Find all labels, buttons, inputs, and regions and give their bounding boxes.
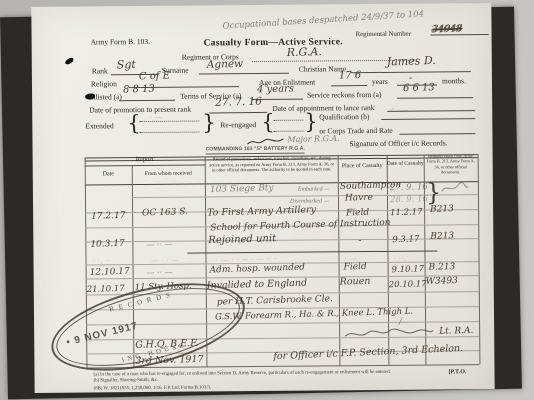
reengaged-label: Re-engaged	[220, 120, 256, 129]
terms-value: 4 years	[257, 83, 294, 95]
row2-remarks: B213	[430, 204, 454, 215]
row5-remarks: B.213	[428, 262, 455, 273]
col-header-from: From whom received	[132, 170, 205, 177]
extended-label: Extended	[85, 121, 113, 130]
row7-tick: /	[399, 317, 402, 327]
age-value: 17 6	[339, 70, 362, 82]
row2-place: Field	[346, 208, 369, 219]
row3-casualty-date: 9.3.17	[392, 234, 419, 245]
row5-casualty-date: 9.10.17	[391, 264, 424, 275]
row5-date: 12.10.17	[89, 267, 129, 278]
report-header: Report	[85, 155, 205, 163]
col-header-casualty-date: Date of Casualty	[387, 161, 424, 167]
row2-casualty-date: 11.2.17	[390, 207, 423, 218]
reengaged-close-brace: }	[304, 109, 318, 133]
row4-from: — · · —	[150, 255, 179, 265]
rank-label: Rank	[92, 66, 108, 75]
row1-remarks-scribble	[440, 181, 470, 197]
row6-date: 21.10.17	[87, 284, 125, 295]
religion-value: C of E	[139, 70, 170, 82]
christian-name-value: James D.	[387, 54, 436, 68]
pto-label: [P.T.O.	[448, 369, 466, 375]
surname-value: Agnew	[207, 58, 244, 71]
reckons-value: 6 6 13	[403, 82, 435, 94]
row4-casualty-date: · ··,	[393, 254, 406, 263]
row1-unit: 103 Siege Bty	[210, 183, 274, 195]
col-header-date: Date	[85, 171, 132, 177]
enlisted-value: 8 8 13	[123, 84, 155, 96]
row5-from: — ·· —	[147, 267, 173, 277]
row3-from: — ·· —	[146, 239, 172, 249]
major-note: Major R.G.A.	[287, 134, 339, 145]
qualification-value: ✓ ·—	[387, 105, 408, 116]
row3-date: 10.3.17	[90, 239, 125, 250]
row3-place: -	[358, 236, 361, 246]
months-label: months.	[442, 76, 466, 85]
row5-place: Field	[343, 262, 366, 273]
row6-place: Rouen	[340, 276, 371, 288]
qualification-label: Qualification (b)	[319, 112, 369, 121]
row2-from: OC 163 S.	[142, 207, 188, 218]
row7-rank: Lt. R.A.	[439, 326, 474, 337]
col-header-record: Record of promotions, reductions, transf…	[209, 155, 335, 173]
row1-disembarked-place: Havre	[345, 193, 373, 204]
col-header-remarks: Remarks taken from Army Form B. 213, Arm…	[426, 153, 476, 175]
signature-officer-label: Signature of Officer i/c Records.	[349, 138, 447, 148]
battery-stamp: COMMANDING 163 "S" BATTERY R.G.A.	[206, 146, 305, 155]
col-header-place: Place of Casualty	[338, 163, 387, 169]
row3-remarks: B213	[430, 231, 454, 242]
regiment-value: R.G.A.	[287, 45, 322, 59]
rank-value: Sgt	[117, 58, 136, 72]
extended-close-brace: }	[202, 110, 216, 134]
row1-disembarked-date: 28. 9. 16	[390, 194, 428, 205]
document-content: Occupational bases despatched 24/9/37 to…	[0, 0, 534, 400]
religion-label: Religion	[91, 79, 117, 88]
regimental-number-label: Regimental Number	[356, 31, 411, 38]
row7-signature-scribble	[343, 326, 435, 341]
years-label: years	[372, 77, 388, 86]
row1-embarked-label: Embarked —	[298, 186, 330, 192]
photo-of-document: Occupational bases despatched 24/9/37 to…	[0, 0, 534, 400]
row3-record: Rejoined unit	[208, 233, 276, 246]
print-imprint: (8B) W. 18211935. 1,250,000. 1/16. F.P. …	[94, 385, 212, 391]
regimental-number-value: 34048	[432, 23, 463, 35]
extended-pencil-mark: · —	[149, 113, 162, 122]
promotion-value: 27. 7. 16	[215, 95, 262, 108]
row4-remarks: · · ·.	[433, 253, 449, 262]
row6-casualty-date: 20.10.17	[389, 279, 427, 290]
row4-date: · ·. ··	[92, 256, 110, 266]
reckons-label: Service reckons from (a)	[307, 90, 381, 100]
form-number: Army Form B. 103.	[91, 37, 150, 47]
row2-date: 17.2.17	[91, 211, 126, 222]
footnote-b: (b) Signaller, Shoeing-Smith, &c.	[94, 378, 159, 384]
row6-remarks: W3493	[426, 276, 458, 287]
form-title: Casualty Form—Active Service.	[204, 37, 343, 48]
row1-embarked-date: 27. 9. 16	[390, 182, 428, 193]
